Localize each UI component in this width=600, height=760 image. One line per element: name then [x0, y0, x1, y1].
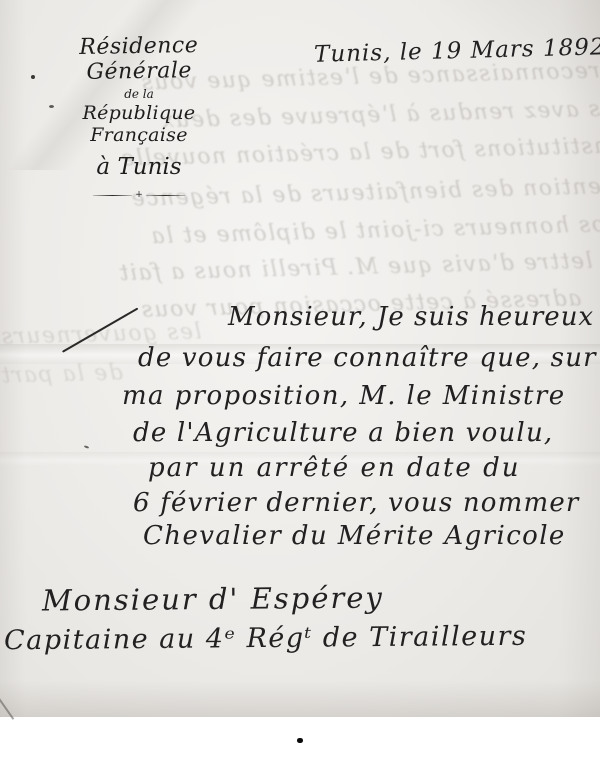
- ink-dot: [297, 738, 303, 743]
- divider-rule-right: [146, 195, 185, 196]
- divider-rule-left: [93, 195, 132, 196]
- letterhead-line-1: Résidence Générale: [36, 32, 243, 86]
- letterhead: Résidence Générale de la République Fran…: [36, 34, 242, 200]
- ink-speck: [84, 445, 89, 449]
- body-line: par un arrêté en date du: [148, 453, 520, 483]
- addressee-name-line: Monsieur d' Espérey: [42, 581, 384, 618]
- body-line: de vous faire connaître que, sur: [138, 343, 597, 373]
- letterhead-divider: +: [93, 191, 185, 200]
- ghost-bleedthrough-fragment: de la part: [0, 360, 123, 388]
- ink-speck: [31, 75, 35, 79]
- ghost-bleedthrough-line: Nos honneurs ci-joint le diplôme et la: [150, 212, 600, 249]
- ink-speck: [49, 105, 54, 108]
- paper-corner-crease: [0, 694, 14, 720]
- body-line: Chevalier du Mérite Agricole: [143, 521, 566, 551]
- letterhead-line-2: de la: [36, 87, 242, 101]
- paper-shading-left: [0, 0, 26, 717]
- letterhead-line-4: à Tunis: [36, 154, 242, 180]
- paper-sheet: de reconnaissance de l'estime que vous n…: [0, 0, 600, 717]
- addressee-title-line: Capitaine au 4ᵉ Régᵗ de Tirailleurs: [4, 621, 528, 657]
- scanned-letter-page: de reconnaissance de l'estime que vous n…: [0, 0, 600, 760]
- body-line: 6 février dernier, vous nommer: [133, 488, 580, 518]
- divider-ornament-icon: +: [132, 191, 146, 200]
- ghost-bleedthrough-line: lettre d'avis que M. Pirelli nous a fait: [118, 249, 593, 286]
- body-line: ma proposition, M. le Ministre: [122, 381, 566, 411]
- paper-shading-bottom: [0, 680, 600, 717]
- body-line: de l'Agriculture a bien voulu,: [133, 418, 553, 448]
- body-line: Monsieur, Je suis heureux: [228, 302, 594, 332]
- letterhead-line-3: République Française: [36, 102, 242, 146]
